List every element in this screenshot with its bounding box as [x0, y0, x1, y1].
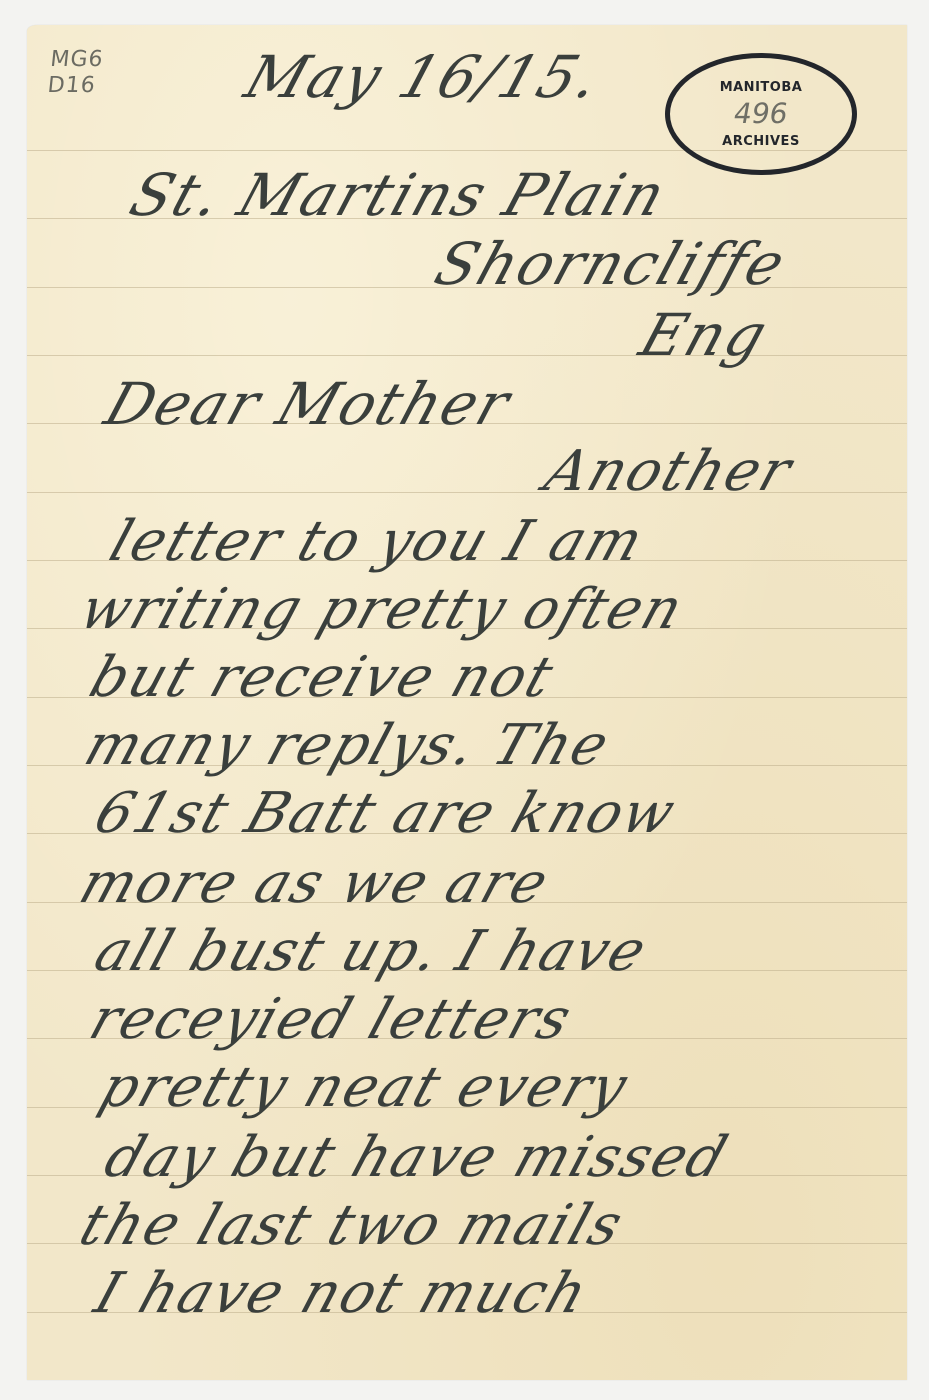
archive-stamp: MANITOBA 496 ARCHIVES	[665, 53, 857, 175]
body-line-9: receyied letters	[82, 987, 581, 1052]
catalog-note: MG6 D16	[46, 47, 104, 99]
address-line-1: St. Martins Plain	[122, 161, 675, 229]
address-line-2: Shorncliffe	[427, 230, 795, 298]
catalog-line-1: MG6	[49, 47, 105, 73]
body-line-4: but receive not	[82, 645, 563, 710]
body-line-5: many replys. The	[77, 713, 618, 778]
body-line-12: the last two mails	[72, 1193, 632, 1258]
body-line-7: more as we are	[72, 851, 558, 916]
body-line-10: pretty neat every	[92, 1055, 637, 1120]
body-line-3: writing pretty often	[72, 577, 692, 642]
salutation: Dear Mother	[97, 370, 520, 438]
body-line-6: 61st Batt are know	[87, 781, 685, 846]
body-line-13: I have not much	[87, 1261, 597, 1326]
body-line-1: Another	[537, 439, 801, 504]
letter-page: MG6 D16 MANITOBA 496 ARCHIVES May 16/15.…	[27, 25, 907, 1380]
body-line-8: all bust up. I have	[87, 919, 656, 984]
catalog-line-2: D16	[46, 73, 102, 99]
stamp-bottom-text: ARCHIVES	[722, 134, 800, 149]
address-line-3: Eng	[632, 301, 777, 369]
body-line-2: letter to you I am	[102, 509, 653, 574]
stamp-top-text: MANITOBA	[720, 80, 803, 95]
ruled-line	[27, 355, 907, 356]
stamp-number: 496	[731, 97, 790, 130]
body-line-11: day but have missed	[97, 1125, 737, 1190]
letter-date: May 16/15.	[237, 43, 610, 111]
